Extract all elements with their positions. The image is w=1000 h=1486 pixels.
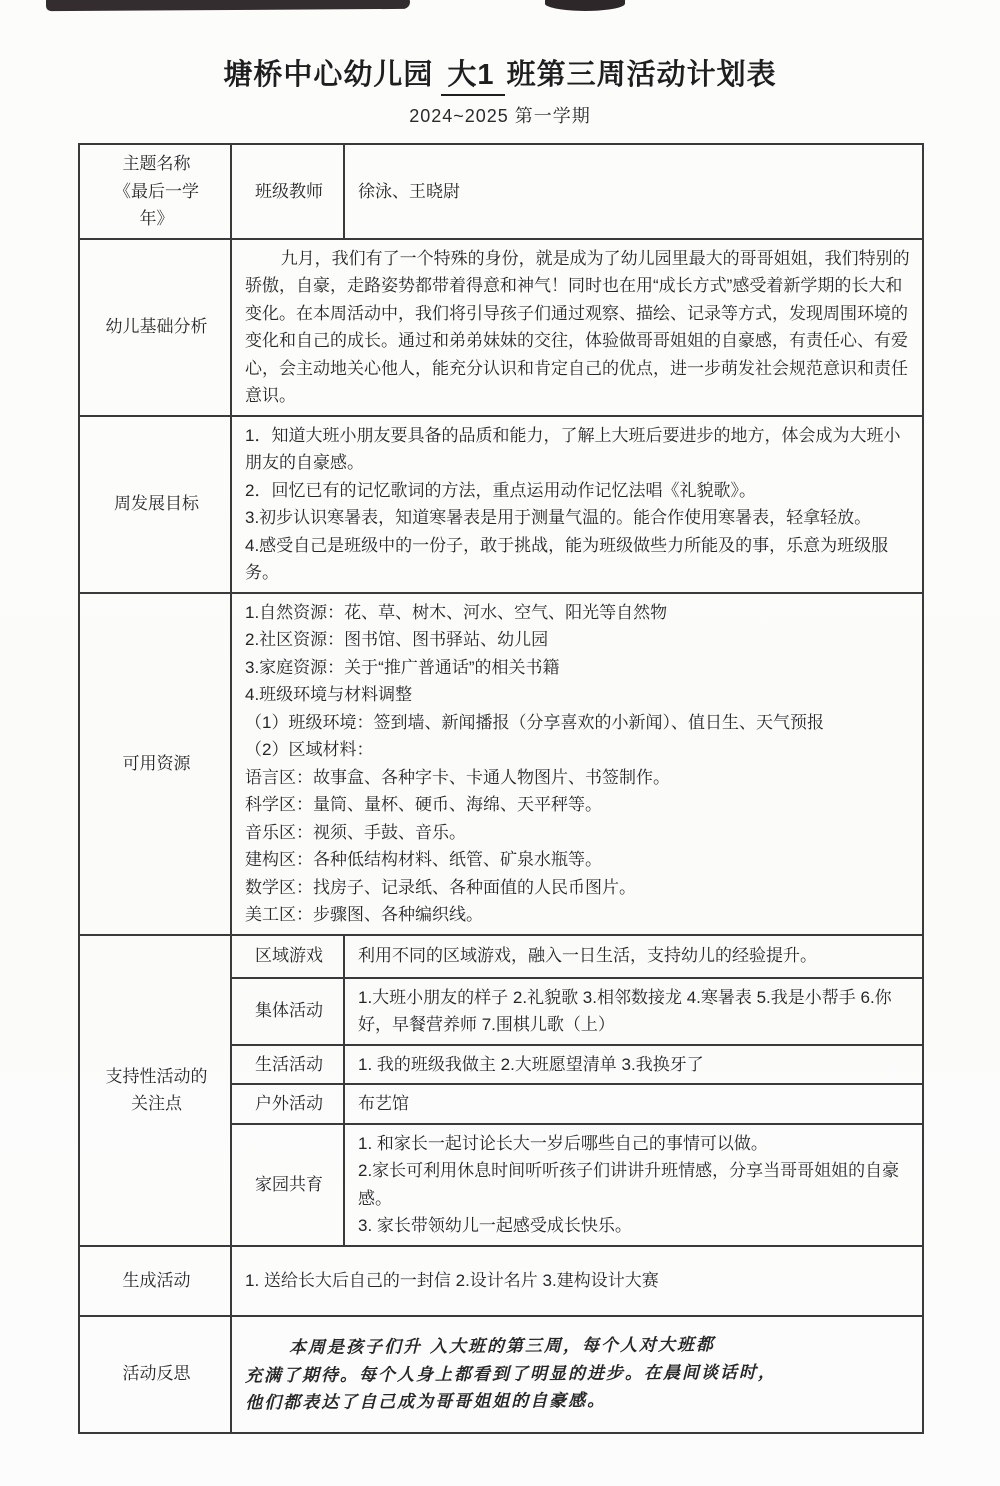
activity-plan-table: 主题名称 《最后一学 年》 班级教师 徐泳、王晓尉 幼儿基础分析 九月，我们有了… <box>78 143 924 1434</box>
analysis-row: 幼儿基础分析 九月，我们有了一个特殊的身份，就是成为了幼儿园里最大的哥哥姐姐，我… <box>79 239 923 416</box>
text-line: （2）区域材料： <box>245 736 912 764</box>
text-line: 美工区：步骤图、各种编织线。 <box>245 901 912 929</box>
area-games-text: 利用不同的区域游戏，融入一日生活，支持幼儿的经验提升。 <box>344 935 923 978</box>
group-activities-text: 1.大班小朋友的样子 2.礼貌歌 3.相邻数接龙 4.寒暑表 5.我是小帮手 6… <box>344 978 923 1045</box>
text-line: 建构区：各种低结构材料、纸管、矿泉水瓶等。 <box>245 846 912 874</box>
text-line: 3.初步认识寒暑表，知道寒暑表是用于测量气温的。能合作使用寒暑表，轻拿轻放。 <box>245 504 912 532</box>
document-page: 塘桥中心幼儿园大1班第三周活动计划表 2024~2025 第一学期 主题名称 《… <box>0 0 1000 1486</box>
text-line: 2.社区资源：图书馆、图书驿站、幼儿园 <box>245 626 912 654</box>
goals-row: 周发展目标 1．知道大班小朋友要具备的品质和能力，了解上大班后要进步的地方，体会… <box>79 416 923 593</box>
home-coeducation-label: 家园共育 <box>231 1124 344 1246</box>
support-subrow-area-games: 支持性活动的 关注点 区域游戏 利用不同的区域游戏，融入一日生活，支持幼儿的经验… <box>79 935 923 978</box>
teacher-label: 班级教师 <box>231 144 344 239</box>
reflection-handwriting: 本周是孩子们升 入大班的第三周，每个人对大班都 充满了期待。每个人身上都看到了明… <box>231 1313 924 1435</box>
reflection-row: 活动反思 本周是孩子们升 入大班的第三周，每个人对大班都 充满了期待。每个人身上… <box>79 1316 923 1433</box>
generated-activities-label: 生成活动 <box>79 1246 231 1316</box>
text-line: 4.感受自己是班级中的一份子，敢于挑战，能为班级做些力所能及的事，乐意为班级服务… <box>245 532 912 587</box>
area-games-label: 区域游戏 <box>231 935 344 978</box>
resources-label: 可用资源 <box>79 593 231 935</box>
resources-row: 可用资源 1.自然资源：花、草、树木、河水、空气、阳光等自然物2.社区资源：图书… <box>79 593 923 935</box>
text-line: 科学区：量筒、量杯、硬币、海绵、天平秤等。 <box>245 791 912 819</box>
semester-subtitle: 2024~2025 第一学期 <box>0 102 1000 128</box>
outdoor-activities-text: 布艺馆 <box>344 1084 923 1124</box>
text-line: 语言区：故事盒、各种字卡、卡通人物图片、书签制作。 <box>245 764 912 792</box>
analysis-text: 九月，我们有了一个特殊的身份，就是成为了幼儿园里最大的哥哥姐姐，我们特别的骄傲，… <box>231 239 923 416</box>
home-coeducation-text: 1. 和家长一起讨论长大一岁后哪些自己的事情可以做。 2.家长可利用休息时间听听… <box>344 1124 923 1246</box>
photo-artifact-bar <box>46 0 410 11</box>
page-title: 塘桥中心幼儿园大1班第三周活动计划表 <box>0 52 1000 96</box>
title-class-number: 大1 <box>441 52 504 96</box>
outdoor-activities-label: 户外活动 <box>231 1084 344 1124</box>
support-label: 支持性活动的 关注点 <box>79 935 231 1246</box>
goals-label: 周发展目标 <box>79 416 231 593</box>
teacher-names: 徐泳、王晓尉 <box>344 144 923 239</box>
life-activities-text: 1. 我的班级我做主 2.大班愿望清单 3.我换牙了 <box>344 1045 923 1085</box>
photo-artifact-blob <box>545 0 625 12</box>
text-line: 2．回忆已有的记忆歌词的方法，重点运用动作记忆法唱《礼貌歌》。 <box>245 477 912 505</box>
text-line: 数学区：找房子、记录纸、各种面值的人民币图片。 <box>245 874 912 902</box>
goals-list: 1．知道大班小朋友要具备的品质和能力，了解上大班后要进步的地方，体会成为大班小朋… <box>231 416 923 593</box>
group-activities-label: 集体活动 <box>231 978 344 1045</box>
resources-list: 1.自然资源：花、草、树木、河水、空气、阳光等自然物2.社区资源：图书馆、图书驿… <box>231 593 923 935</box>
reflection-label: 活动反思 <box>79 1316 231 1433</box>
text-line: 1．知道大班小朋友要具备的品质和能力，了解上大班后要进步的地方，体会成为大班小朋… <box>245 422 912 477</box>
analysis-label: 幼儿基础分析 <box>79 239 231 416</box>
text-line: （1）班级环境：签到墙、新闻播报（分享喜欢的小新闻）、值日生、天气预报 <box>245 709 912 737</box>
generated-activities-row: 生成活动 1. 送给长大后自己的一封信 2.设计名片 3.建构设计大赛 <box>79 1246 923 1316</box>
title-rest: 班第三周活动计划表 <box>507 59 777 91</box>
text-line: 4.班级环境与材料调整 <box>245 681 912 709</box>
generated-activities-text: 1. 送给长大后自己的一封信 2.设计名片 3.建构设计大赛 <box>231 1246 923 1316</box>
text-line: 3.家庭资源：关于“推广普通话”的相关书籍 <box>245 654 912 682</box>
theme-row: 主题名称 《最后一学 年》 班级教师 徐泳、王晓尉 <box>79 144 923 239</box>
text-line: 1.自然资源：花、草、树木、河水、空气、阳光等自然物 <box>245 599 912 627</box>
text-line: 音乐区：视须、手鼓、音乐。 <box>245 819 912 847</box>
life-activities-label: 生活活动 <box>231 1045 344 1085</box>
theme-label: 主题名称 《最后一学 年》 <box>79 144 231 239</box>
title-school: 塘桥中心幼儿园 <box>223 59 433 91</box>
